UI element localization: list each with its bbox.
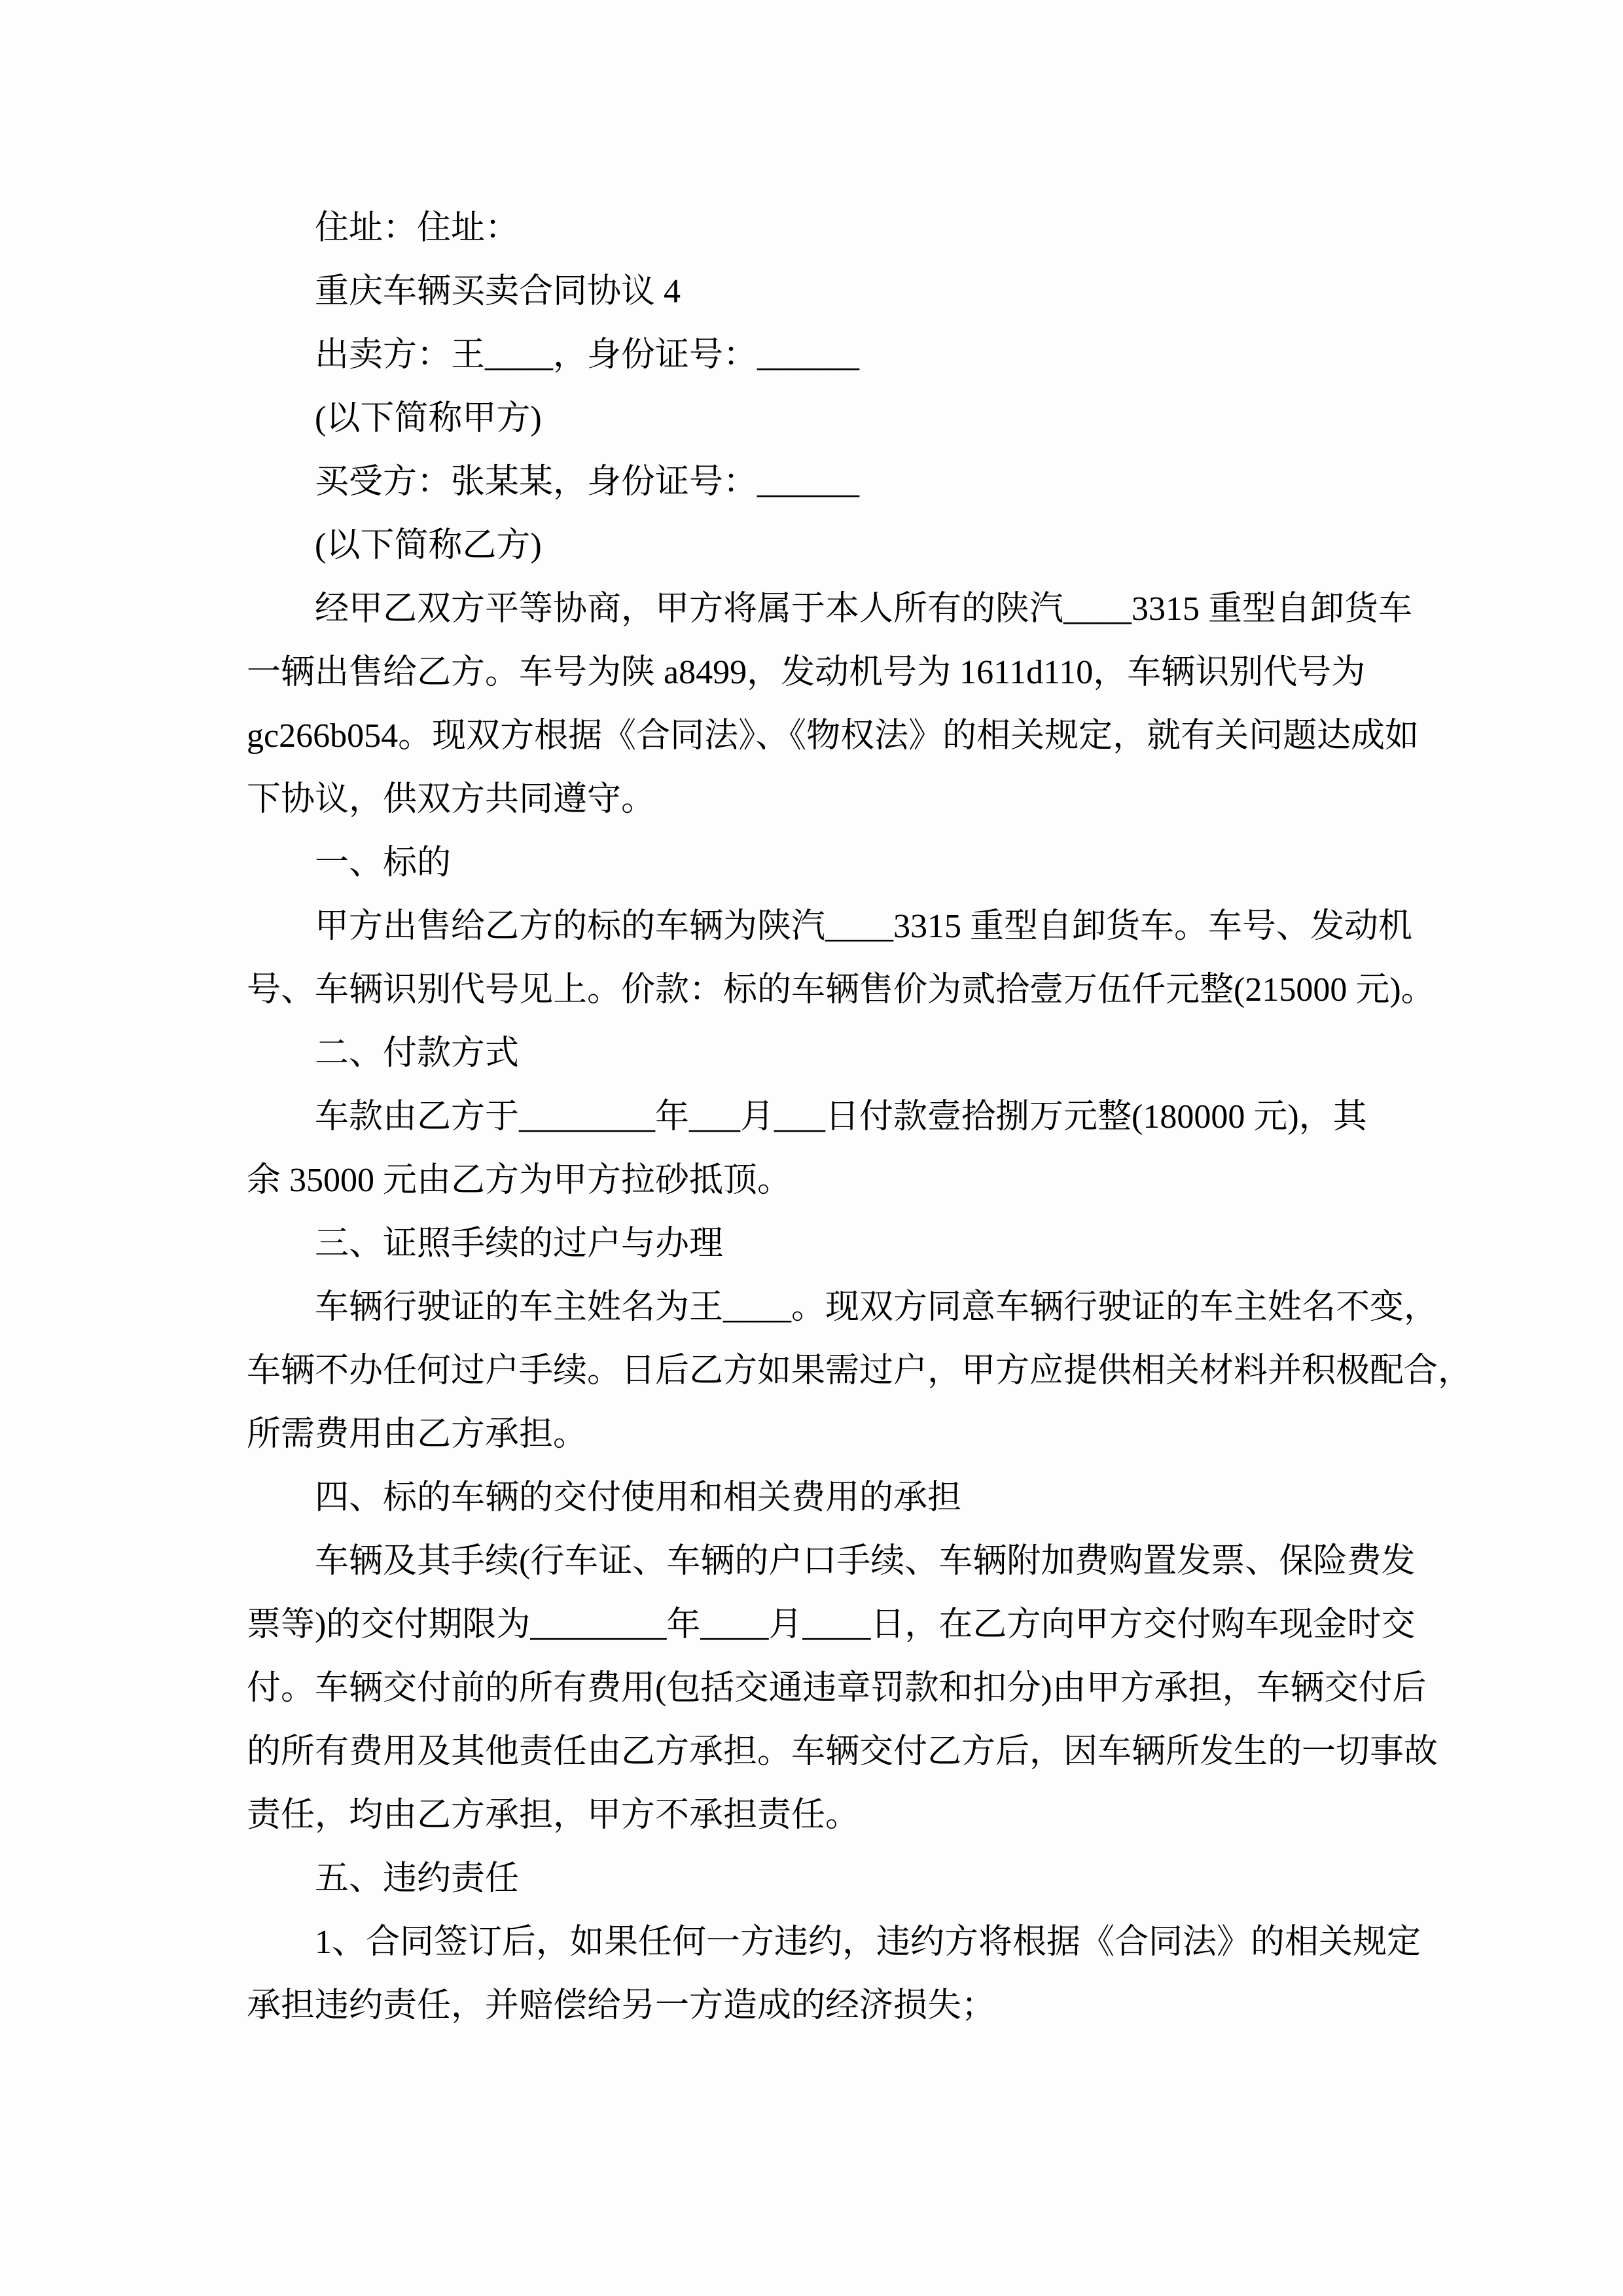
text-line: 余 35000 元由乙方为甲方拉砂抵顶。 [247, 1149, 1564, 1212]
text-line: 号、车辆识别代号见上。价款：标的车辆售价为贰拾壹万伍仟元整(215000 元)。 [247, 958, 1564, 1022]
contract-text-block: 住址：住址：重庆车辆买卖合同协议 4出卖方：王____，身份证号：______(… [247, 196, 1564, 2037]
text-line: 一、标的 [247, 831, 1564, 895]
text-line: 甲方出售给乙方的标的车辆为陕汽____3315 重型自卸货车。车号、发动机 [247, 895, 1564, 958]
text-line: 四、标的车辆的交付使用和相关费用的承担 [247, 1466, 1564, 1530]
text-line: 一辆出售给乙方。车号为陕 a8499，发动机号为 1611d110，车辆识别代号… [247, 641, 1564, 704]
text-line: 三、证照手续的过户与办理 [247, 1212, 1564, 1276]
text-line: 车款由乙方于________年___月___日付款壹拾捌万元整(180000 元… [247, 1085, 1564, 1149]
text-line: 车辆不办任何过户手续。日后乙方如果需过户，甲方应提供相关材料并积极配合， [247, 1339, 1564, 1403]
text-line: 所需费用由乙方承担。 [247, 1403, 1564, 1466]
text-line: (以下简称甲方) [247, 387, 1564, 450]
text-line: 责任，均由乙方承担，甲方不承担责任。 [247, 1784, 1564, 1847]
text-line: 经甲乙双方平等协商，甲方将属于本人所有的陕汽____3315 重型自卸货车 [247, 577, 1564, 641]
text-line: 买受方：张某某，身份证号：______ [247, 450, 1564, 514]
text-line: 承担违约责任，并赔偿给另一方造成的经济损失； [247, 1974, 1564, 2037]
contract-page: 住址：住址：重庆车辆买卖合同协议 4出卖方：王____，身份证号：______(… [0, 0, 1623, 2296]
text-line: 出卖方：王____，身份证号：______ [247, 323, 1564, 387]
text-line: 票等)的交付期限为________年____月____日，在乙方向甲方交付购车现… [247, 1593, 1564, 1657]
text-line: 付。车辆交付前的所有费用(包括交通违章罚款和扣分)由甲方承担，车辆交付后 [247, 1657, 1564, 1720]
text-line: 的所有费用及其他责任由乙方承担。车辆交付乙方后，因车辆所发生的一切事故 [247, 1720, 1564, 1784]
text-line: 车辆及其手续(行车证、车辆的户口手续、车辆附加费购置发票、保险费发 [247, 1530, 1564, 1593]
text-line: 住址：住址： [247, 196, 1564, 260]
text-line: 重庆车辆买卖合同协议 4 [247, 260, 1564, 323]
text-line: 下协议，供双方共同遵守。 [247, 768, 1564, 831]
text-line: (以下简称乙方) [247, 514, 1564, 577]
text-line: 五、违约责任 [247, 1847, 1564, 1910]
text-line: gc266b054。现双方根据《合同法》、《物权法》的相关规定，就有关问题达成如 [247, 704, 1564, 768]
text-line: 1、合同签订后，如果任何一方违约，违约方将根据《合同法》的相关规定 [247, 1910, 1564, 1974]
text-line: 车辆行驶证的车主姓名为王____。现双方同意车辆行驶证的车主姓名不变， [247, 1276, 1564, 1339]
text-line: 二、付款方式 [247, 1022, 1564, 1085]
